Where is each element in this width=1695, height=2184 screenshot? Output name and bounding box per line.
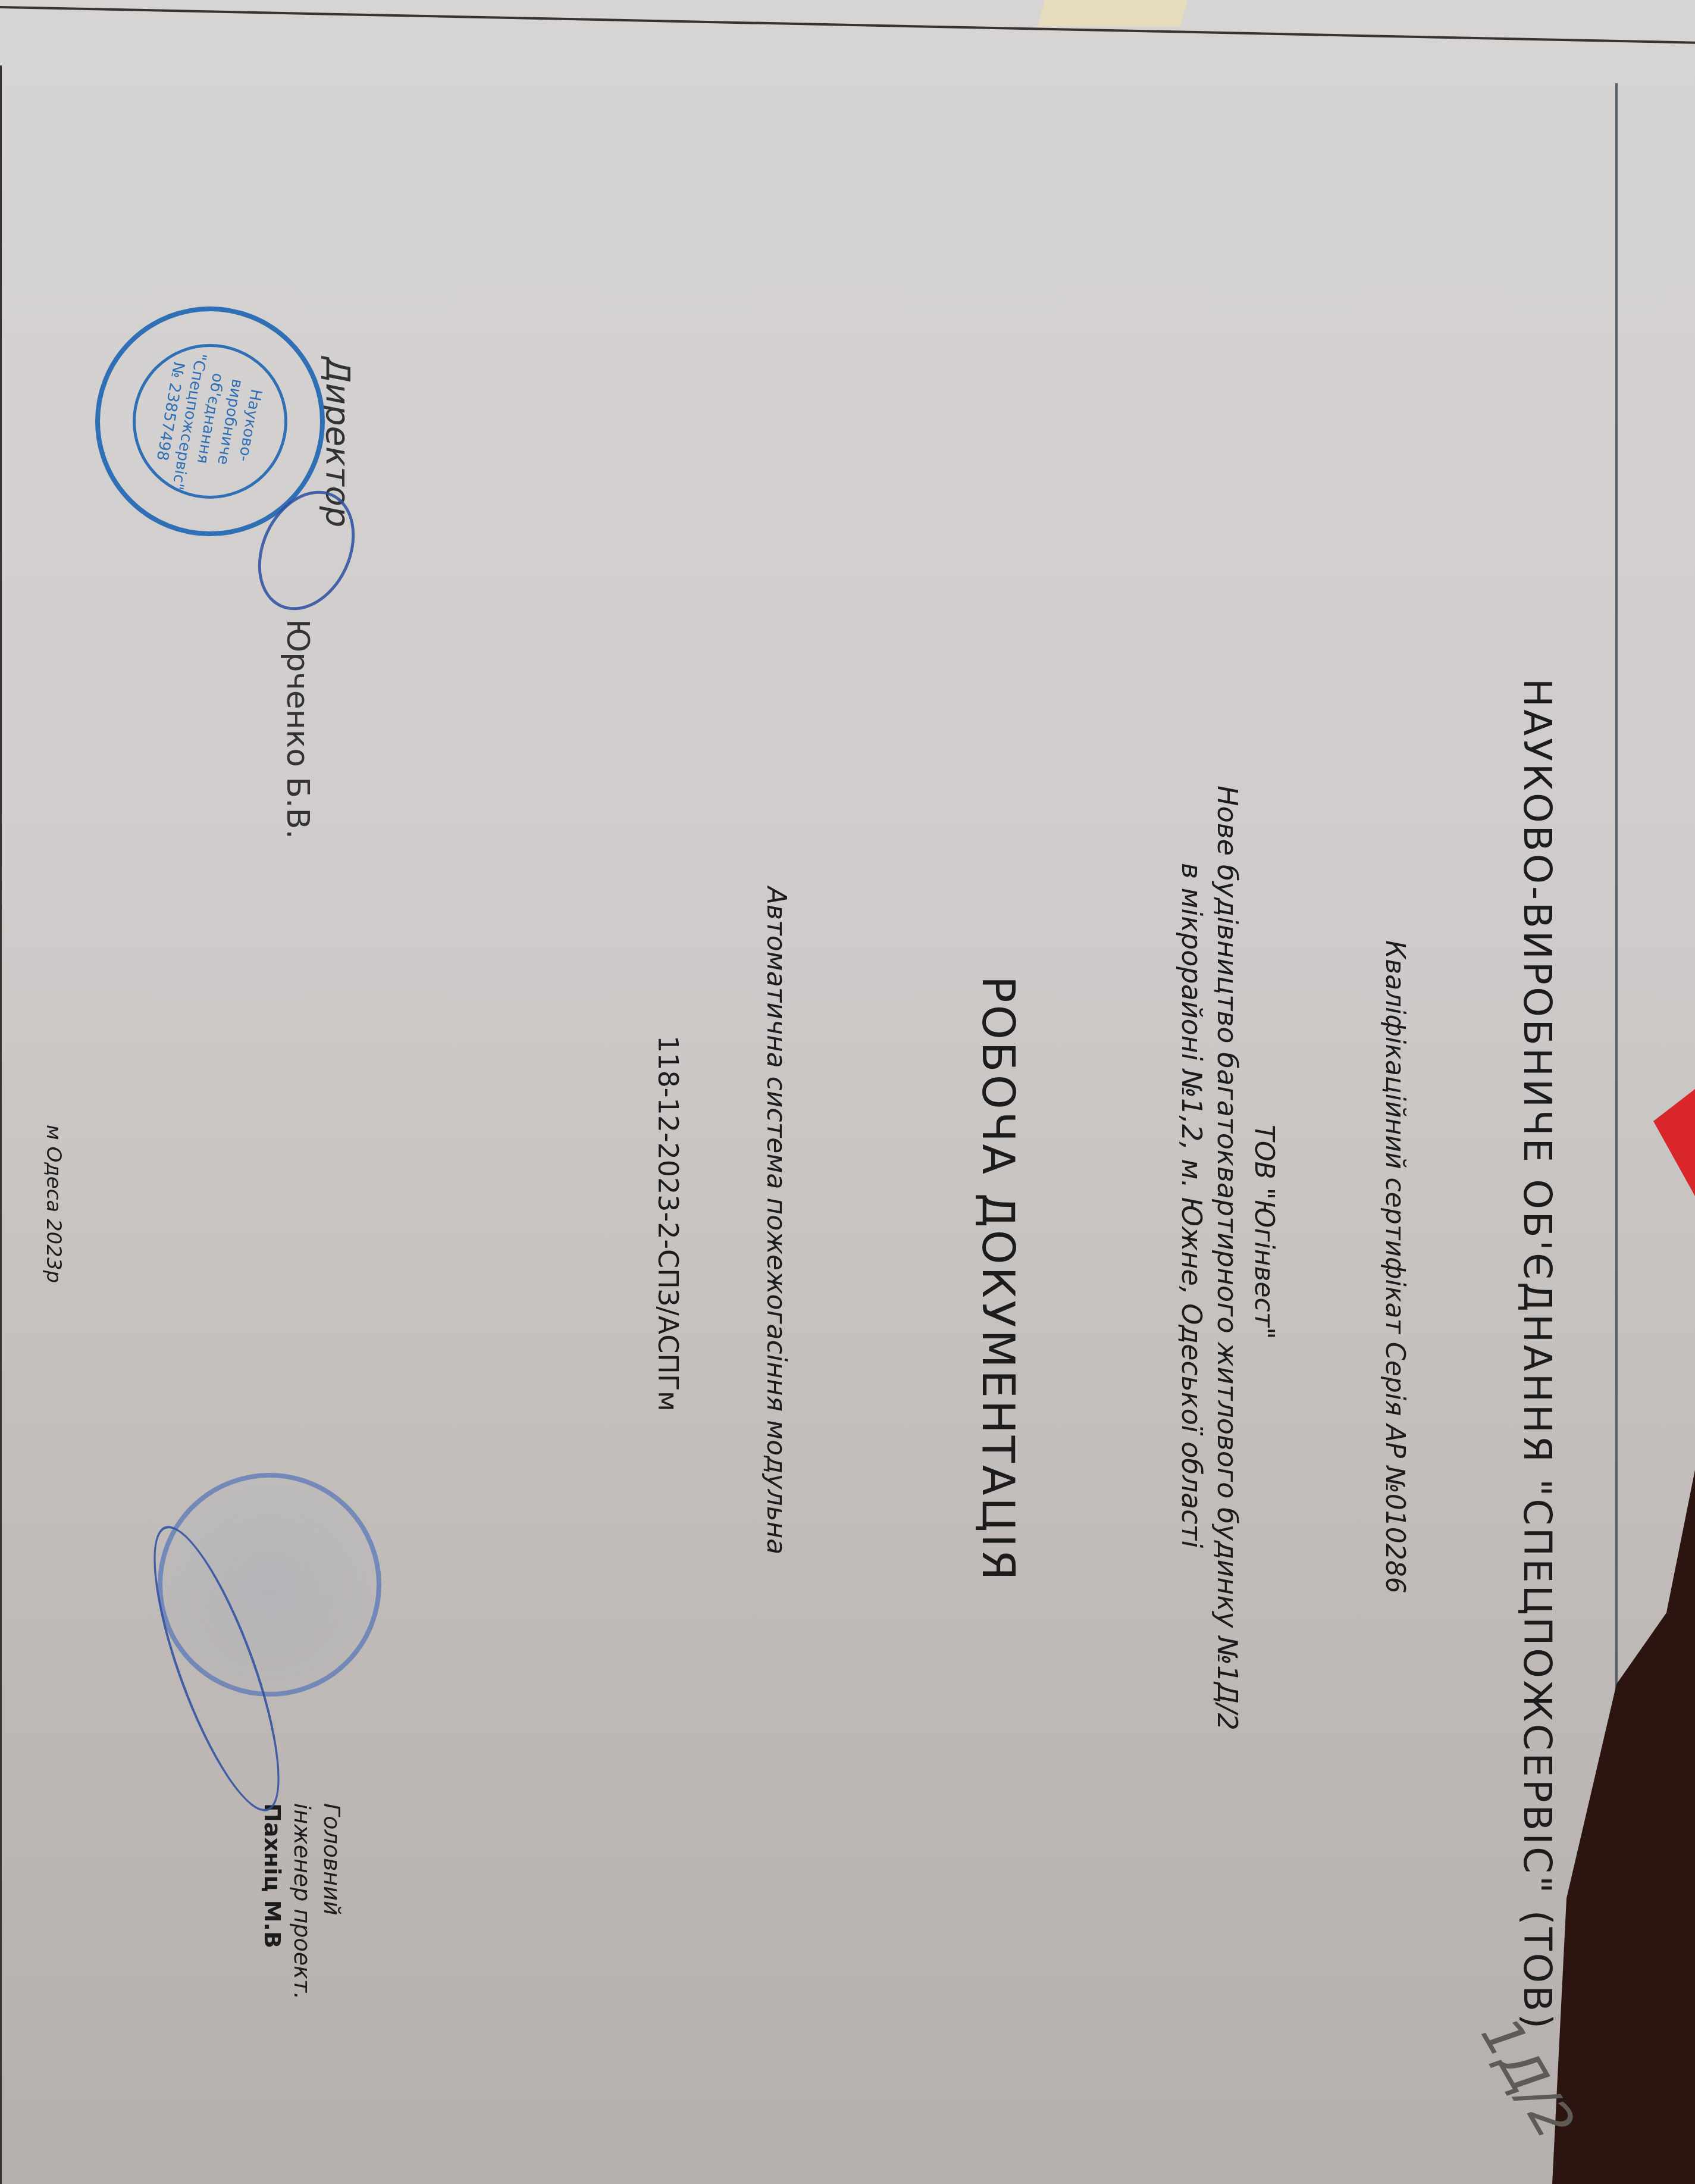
folder-tab (1038, 0, 1188, 27)
project-line-1: Нове будівництво багатоквартирного житло… (1211, 786, 1243, 1731)
frame-border-left (0, 65, 2, 2184)
place-year: м Одеса 2023р (42, 1125, 65, 1283)
chief-engineer-title-2: інженер проект. (289, 1803, 315, 2000)
chief-engineer-name: Пахніц М.В (259, 1803, 286, 1948)
document-code: 118-12-2023-2-СПЗ/АСПГм (652, 1035, 684, 1412)
certificate-line: Кваліфікаційний сертифікат Серія АР №010… (1380, 940, 1410, 1594)
project-line-2: в мікрорайоні №1,2, м. Южне, Одеської об… (1176, 863, 1208, 1548)
stamp-center-text: Науково- виробниче об'єднання "Спецпожсе… (149, 348, 271, 489)
client-name: ТОВ "Югінвест" (1249, 1125, 1279, 1340)
organization-name: НАУКОВО-ВИРОБНИЧЕ ОБ'ЄДНАННЯ "СПЕЦПОЖСЕР… (1515, 678, 1559, 2031)
document-title: РОБОЧА ДОКУМЕНТАЦІЯ (972, 976, 1023, 1582)
system-name: Автоматична система пожежогасіння модуль… (761, 887, 791, 1554)
director-name: Юрченко Б.В. (280, 619, 315, 839)
chief-engineer-title-1: Головний (319, 1803, 345, 1916)
